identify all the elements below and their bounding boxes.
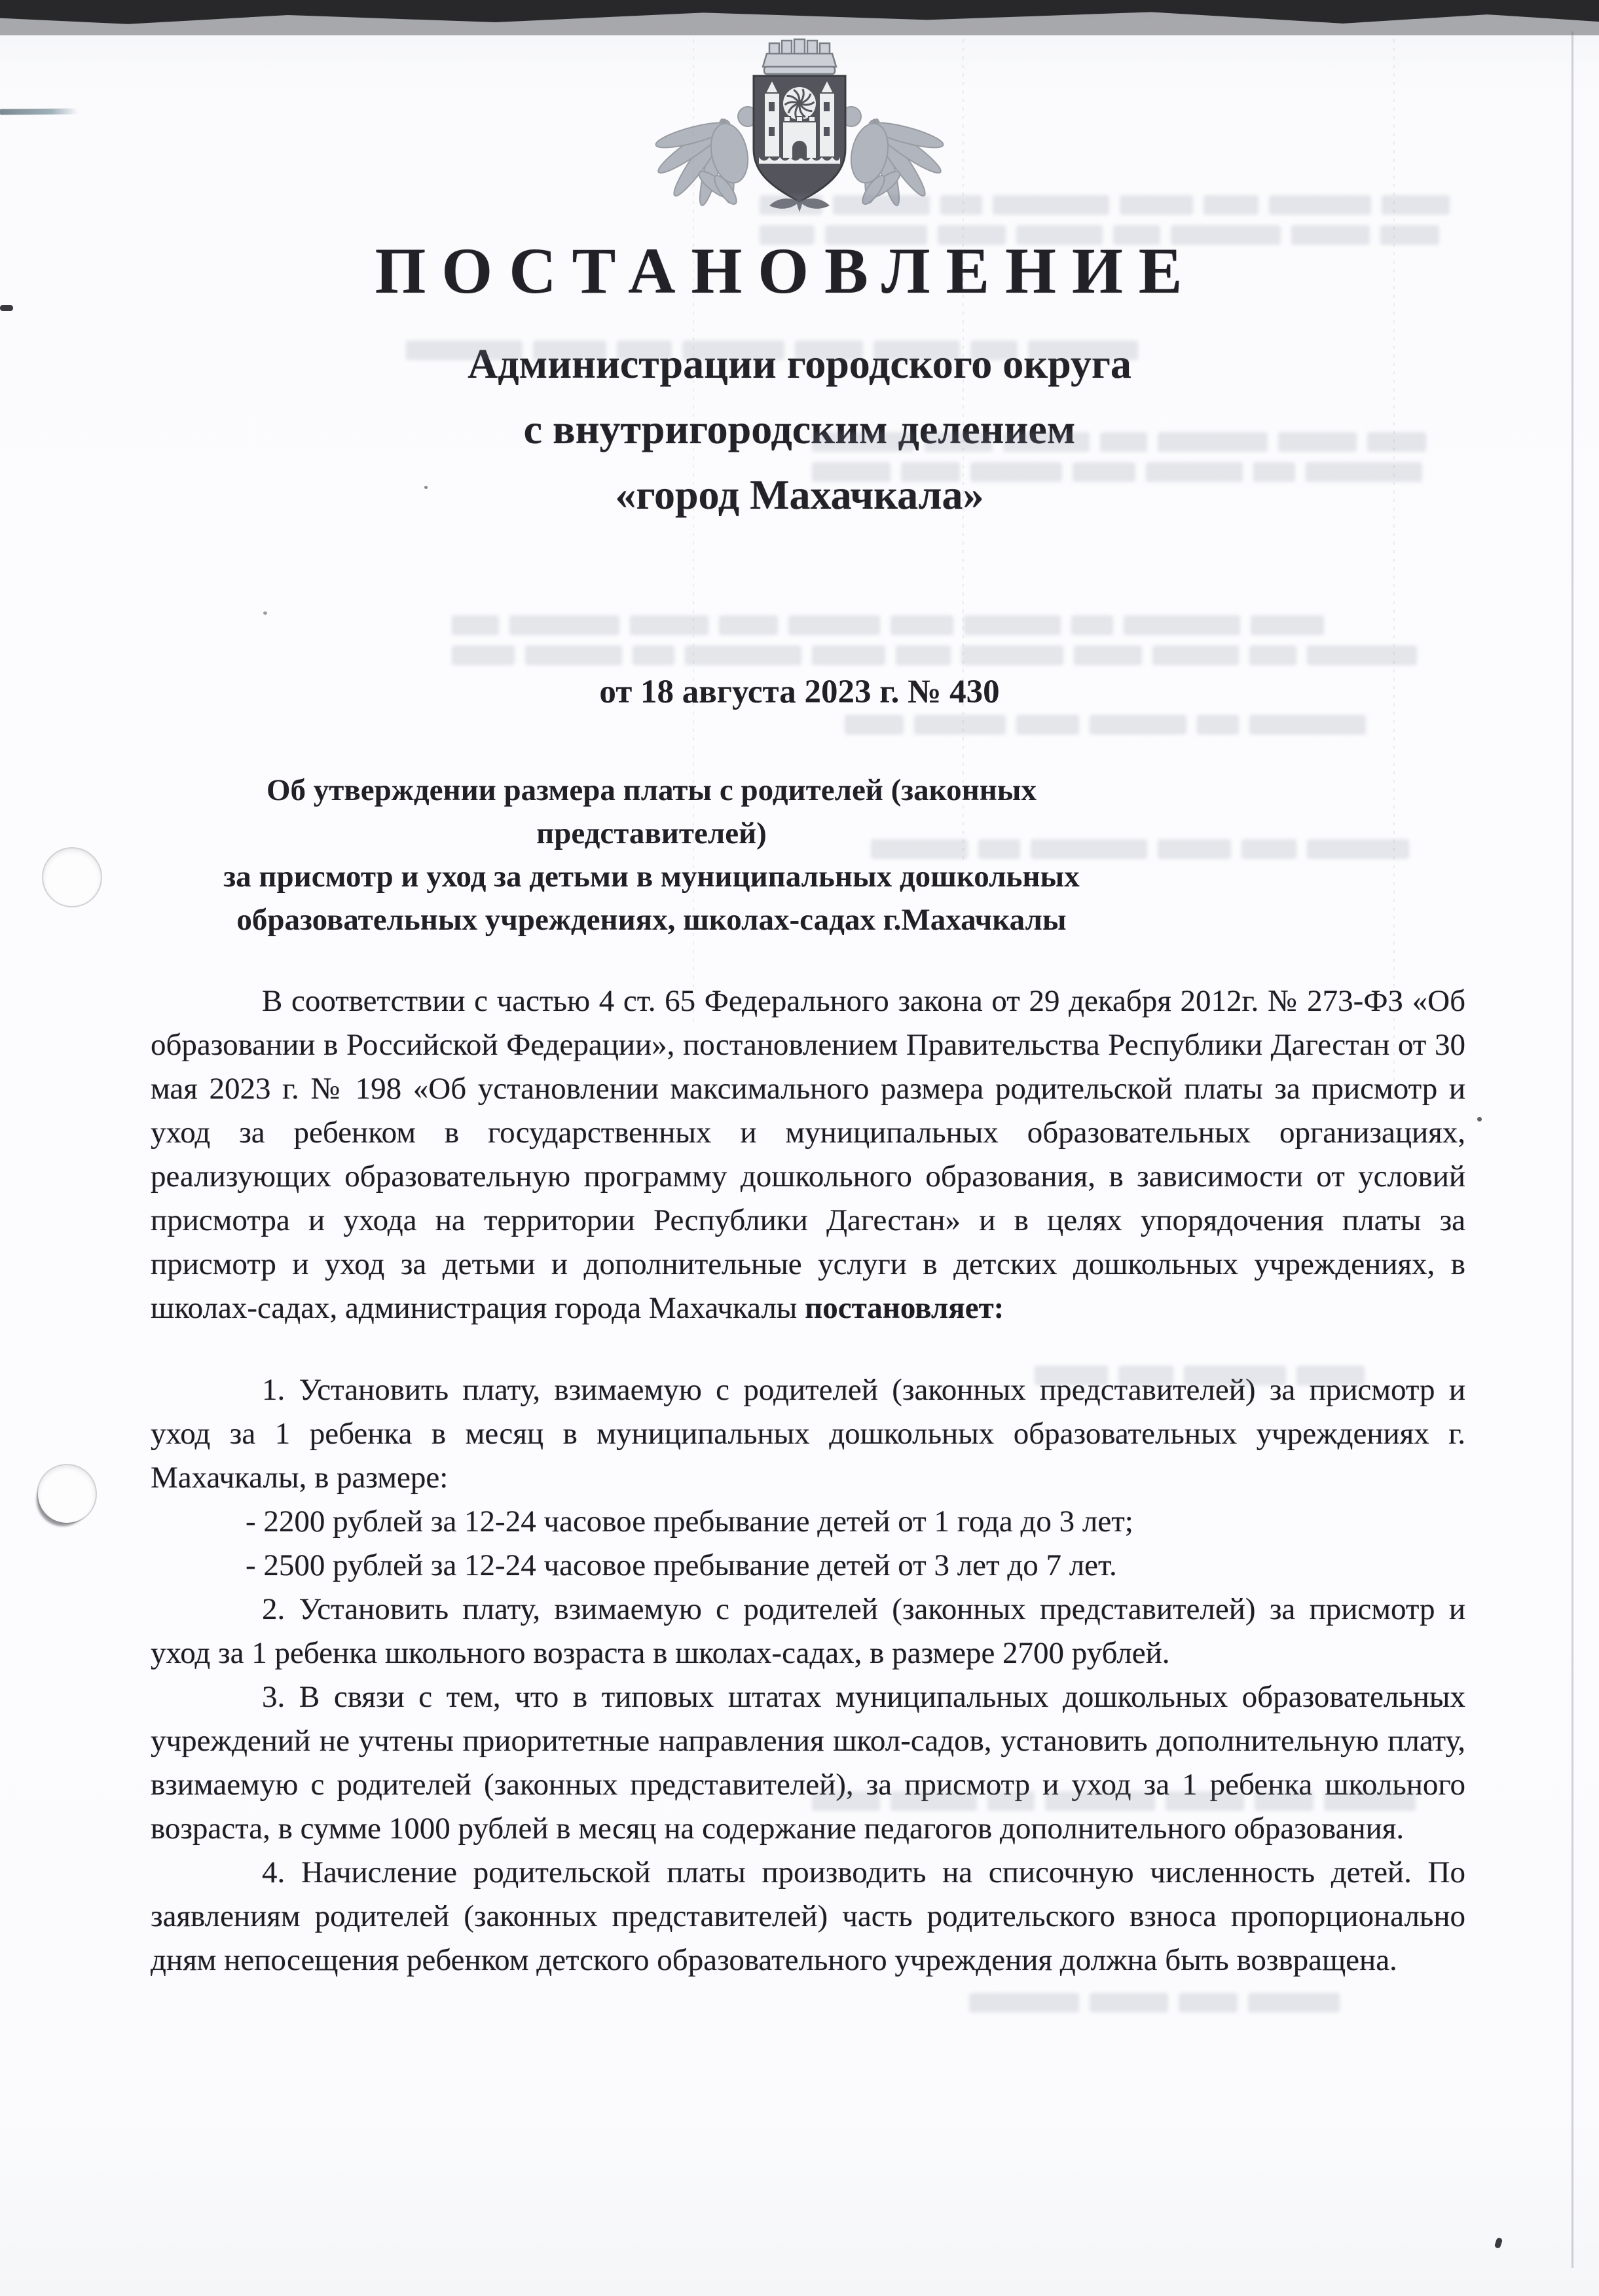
intro-text: В соответствии с частью 4 ст. 65 Федерал…: [151, 984, 1465, 1325]
makhachkala-coat-of-arms: [642, 29, 957, 212]
scanned-document-page: ПОСТАНОВЛЕНИЕ Администрации городского о…: [0, 0, 1599, 2296]
scan-speck: [424, 486, 428, 489]
scan-speck: [1477, 1117, 1482, 1121]
paragraph-item-3: 3. В связи с тем, что в типовых штатах м…: [151, 1675, 1465, 1851]
subject-line-3: образовательных учреждениях, школах-сада…: [151, 898, 1152, 941]
intro-resolves-word: постановляет:: [805, 1291, 1004, 1325]
paragraph-item-4: 4. Начисление родительской платы произво…: [151, 1851, 1465, 1982]
scan-speck: [0, 305, 13, 311]
tariff-line-2: - 2500 рублей за 12-24 часовое пребывани…: [151, 1544, 1465, 1588]
hole-punch: [43, 848, 101, 906]
scan-speck: [263, 611, 267, 615]
scan-streak-artifact: [0, 108, 79, 115]
scan-speck: [1494, 2237, 1503, 2249]
scan-streak-artifact: [693, 39, 694, 1021]
hole-punch: [38, 1465, 96, 1523]
date-and-number-line: от 18 августа 2023 г. № 430: [0, 673, 1599, 711]
page-edge-shadow: [1571, 31, 1573, 2268]
document-body: В соответствии с частью 4 ст. 65 Федерал…: [151, 979, 1465, 1982]
paragraph-item-2: 2. Установить плату, взимаемую с родител…: [151, 1588, 1465, 1675]
tariff-line-1: - 2200 рублей за 12-24 часовое пребывани…: [151, 1500, 1465, 1544]
intro-paragraph: В соответствии с частью 4 ст. 65 Федерал…: [151, 979, 1465, 1330]
